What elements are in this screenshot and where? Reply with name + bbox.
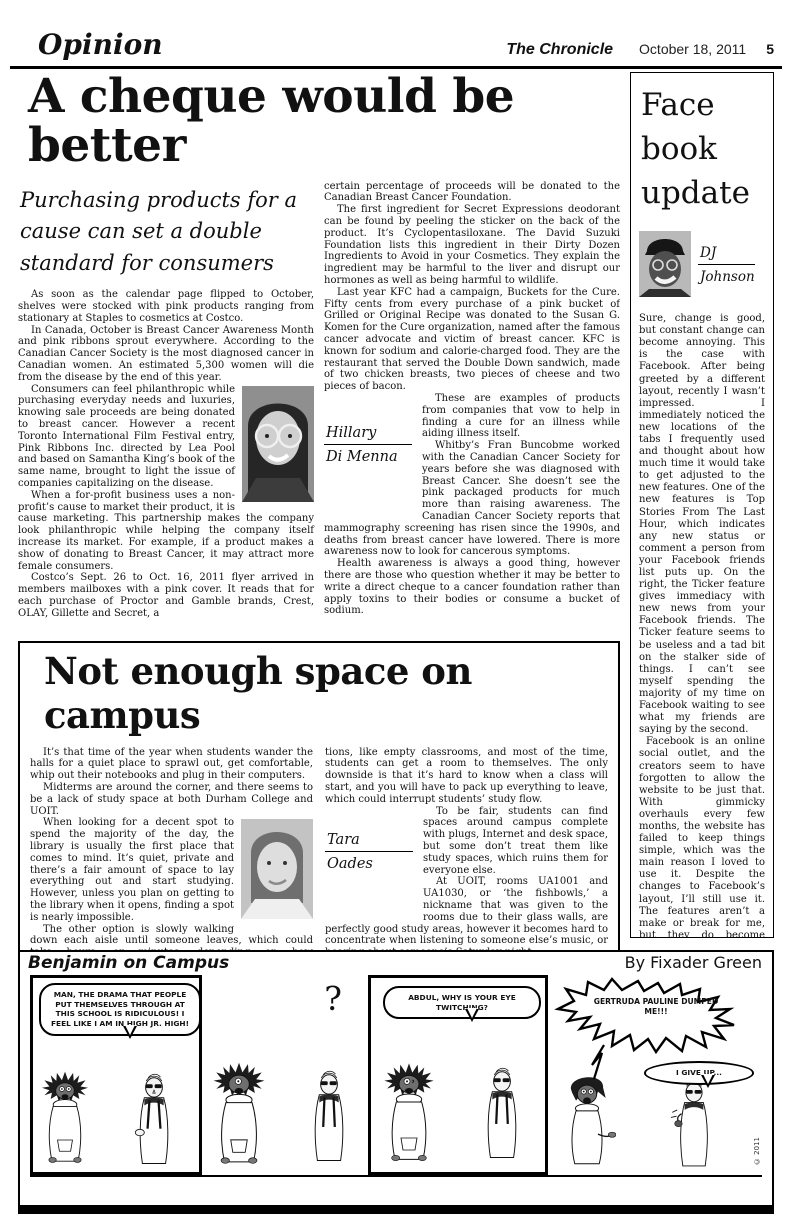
article1-col2: certain percentage of proceeds will be d…: [324, 181, 620, 633]
comic-character-abdul: [37, 1066, 93, 1172]
main-column-area: A cheque would be better Purchasing prod…: [18, 72, 620, 993]
paragraph: Costco’s Sept. 26 to Oct. 16, 2011 flyer…: [18, 572, 314, 619]
article1-headline: A cheque would be better: [28, 72, 620, 171]
paragraph: Health awareness is always a good thing,…: [324, 558, 620, 617]
sidebar-title: Face book update: [641, 83, 765, 215]
portrait-photo-dj-johnson: [639, 231, 691, 301]
caption-rule: [325, 851, 413, 852]
photo-caption-tara: Tara Oades: [325, 810, 413, 914]
comic-panel-2: ?: [202, 975, 368, 1175]
caption-first-name: Tara: [325, 832, 413, 848]
comic-character-student: [300, 1061, 358, 1175]
comic-character-student: [473, 1058, 531, 1172]
paragraph: certain percentage of proceeds will be d…: [324, 181, 620, 205]
article1-col1: Purchasing products for a cause can set …: [18, 181, 314, 633]
content-area: A cheque would be better Purchasing prod…: [18, 72, 774, 993]
photo-caption-hillary: Hillary Di Menna: [324, 397, 412, 509]
comic-panel-3: ABDUL, WHY IS YOUR EYE TWITCHING?: [368, 975, 548, 1175]
speech-bubble: MAN, THE DRAMA THAT PEOPLE PUT THEMSELVE…: [39, 983, 201, 1036]
page-number: 5: [766, 41, 774, 57]
comic-panel-1: MAN, THE DRAMA THAT PEOPLE PUT THEMSELVE…: [30, 975, 202, 1175]
paragraph: The first ingredient for Secret Expressi…: [324, 204, 620, 287]
caption-first-name: Hillary: [324, 425, 412, 441]
comic-byline: By Fixader Green: [625, 953, 762, 972]
caption-rule: [698, 264, 755, 265]
article2-headline: Not enough space on campus: [44, 649, 608, 737]
question-mark: ?: [324, 979, 342, 1018]
caption-first-name: DJ: [698, 245, 755, 261]
article1-columns: Purchasing products for a cause can set …: [18, 181, 620, 633]
comic-character-abdul: [379, 1056, 439, 1172]
section-title: Opinion: [38, 28, 163, 61]
paragraph: It’s that time of the year when students…: [30, 747, 313, 782]
comic-section: Benjamin on Campus By Fixader Green MAN,…: [18, 950, 774, 1214]
article1-standfirst: Purchasing products for a cause can set …: [20, 185, 314, 280]
paragraph: Sure, change is good, but constant chang…: [639, 313, 765, 736]
comic-strip: MAN, THE DRAMA THAT PEOPLE PUT THEMSELVE…: [30, 975, 762, 1177]
sidebar-column: Face book update DJ Jo: [630, 72, 774, 938]
comic-panel-4: GERTRUDA PAULINE DUMPED ME!!! I GIVE UP.…: [548, 975, 762, 1175]
masthead: Opinion The Chronicle October 18, 2011 5: [10, 28, 782, 69]
paragraph: tions, like empty classrooms, and most o…: [325, 747, 608, 806]
article2-box: Not enough space on campus It’s that tim…: [18, 641, 620, 993]
publication-name: The Chronicle: [506, 41, 613, 59]
speech-bubble: I GIVE UP...: [644, 1061, 754, 1085]
comic-character-student: [125, 1070, 183, 1172]
comic-character-abdul: [208, 1055, 270, 1175]
sidebar-body: Sure, change is good, but constant chang…: [639, 313, 765, 938]
portrait-photo-tara: [241, 819, 313, 923]
paragraph: Midterms are around the corner, and ther…: [30, 782, 313, 817]
comic-title: Benjamin on Campus: [28, 953, 229, 973]
newspaper-page: Opinion The Chronicle October 18, 2011 5…: [0, 0, 792, 1224]
portrait-photo-hillary: [242, 386, 314, 506]
caption-last-name: Di Menna: [324, 449, 412, 465]
sidebar-author-caption: DJ Johnson: [698, 245, 755, 301]
comic-copyright: © 2011: [753, 1137, 761, 1165]
paragraph: Last year KFC had a campaign, Buckets fo…: [324, 287, 620, 393]
issue-date: October 18, 2011: [639, 41, 746, 57]
caption-last-name: Johnson: [698, 269, 755, 285]
paragraph: As soon as the calendar page flipped to …: [18, 289, 314, 324]
caption-last-name: Oades: [325, 856, 413, 872]
paragraph: Facebook is an online social outlet, and…: [639, 736, 765, 938]
burst-text: GERTRUDA PAULINE DUMPED ME!!!: [588, 997, 724, 1018]
comic-header: Benjamin on Campus By Fixader Green: [20, 952, 772, 973]
speech-bubble: ABDUL, WHY IS YOUR EYE TWITCHING?: [383, 986, 541, 1019]
sidebar-author-block: DJ Johnson: [639, 231, 765, 301]
paragraph: In Canada, October is Breast Cancer Awar…: [18, 325, 314, 384]
caption-rule: [324, 444, 412, 445]
